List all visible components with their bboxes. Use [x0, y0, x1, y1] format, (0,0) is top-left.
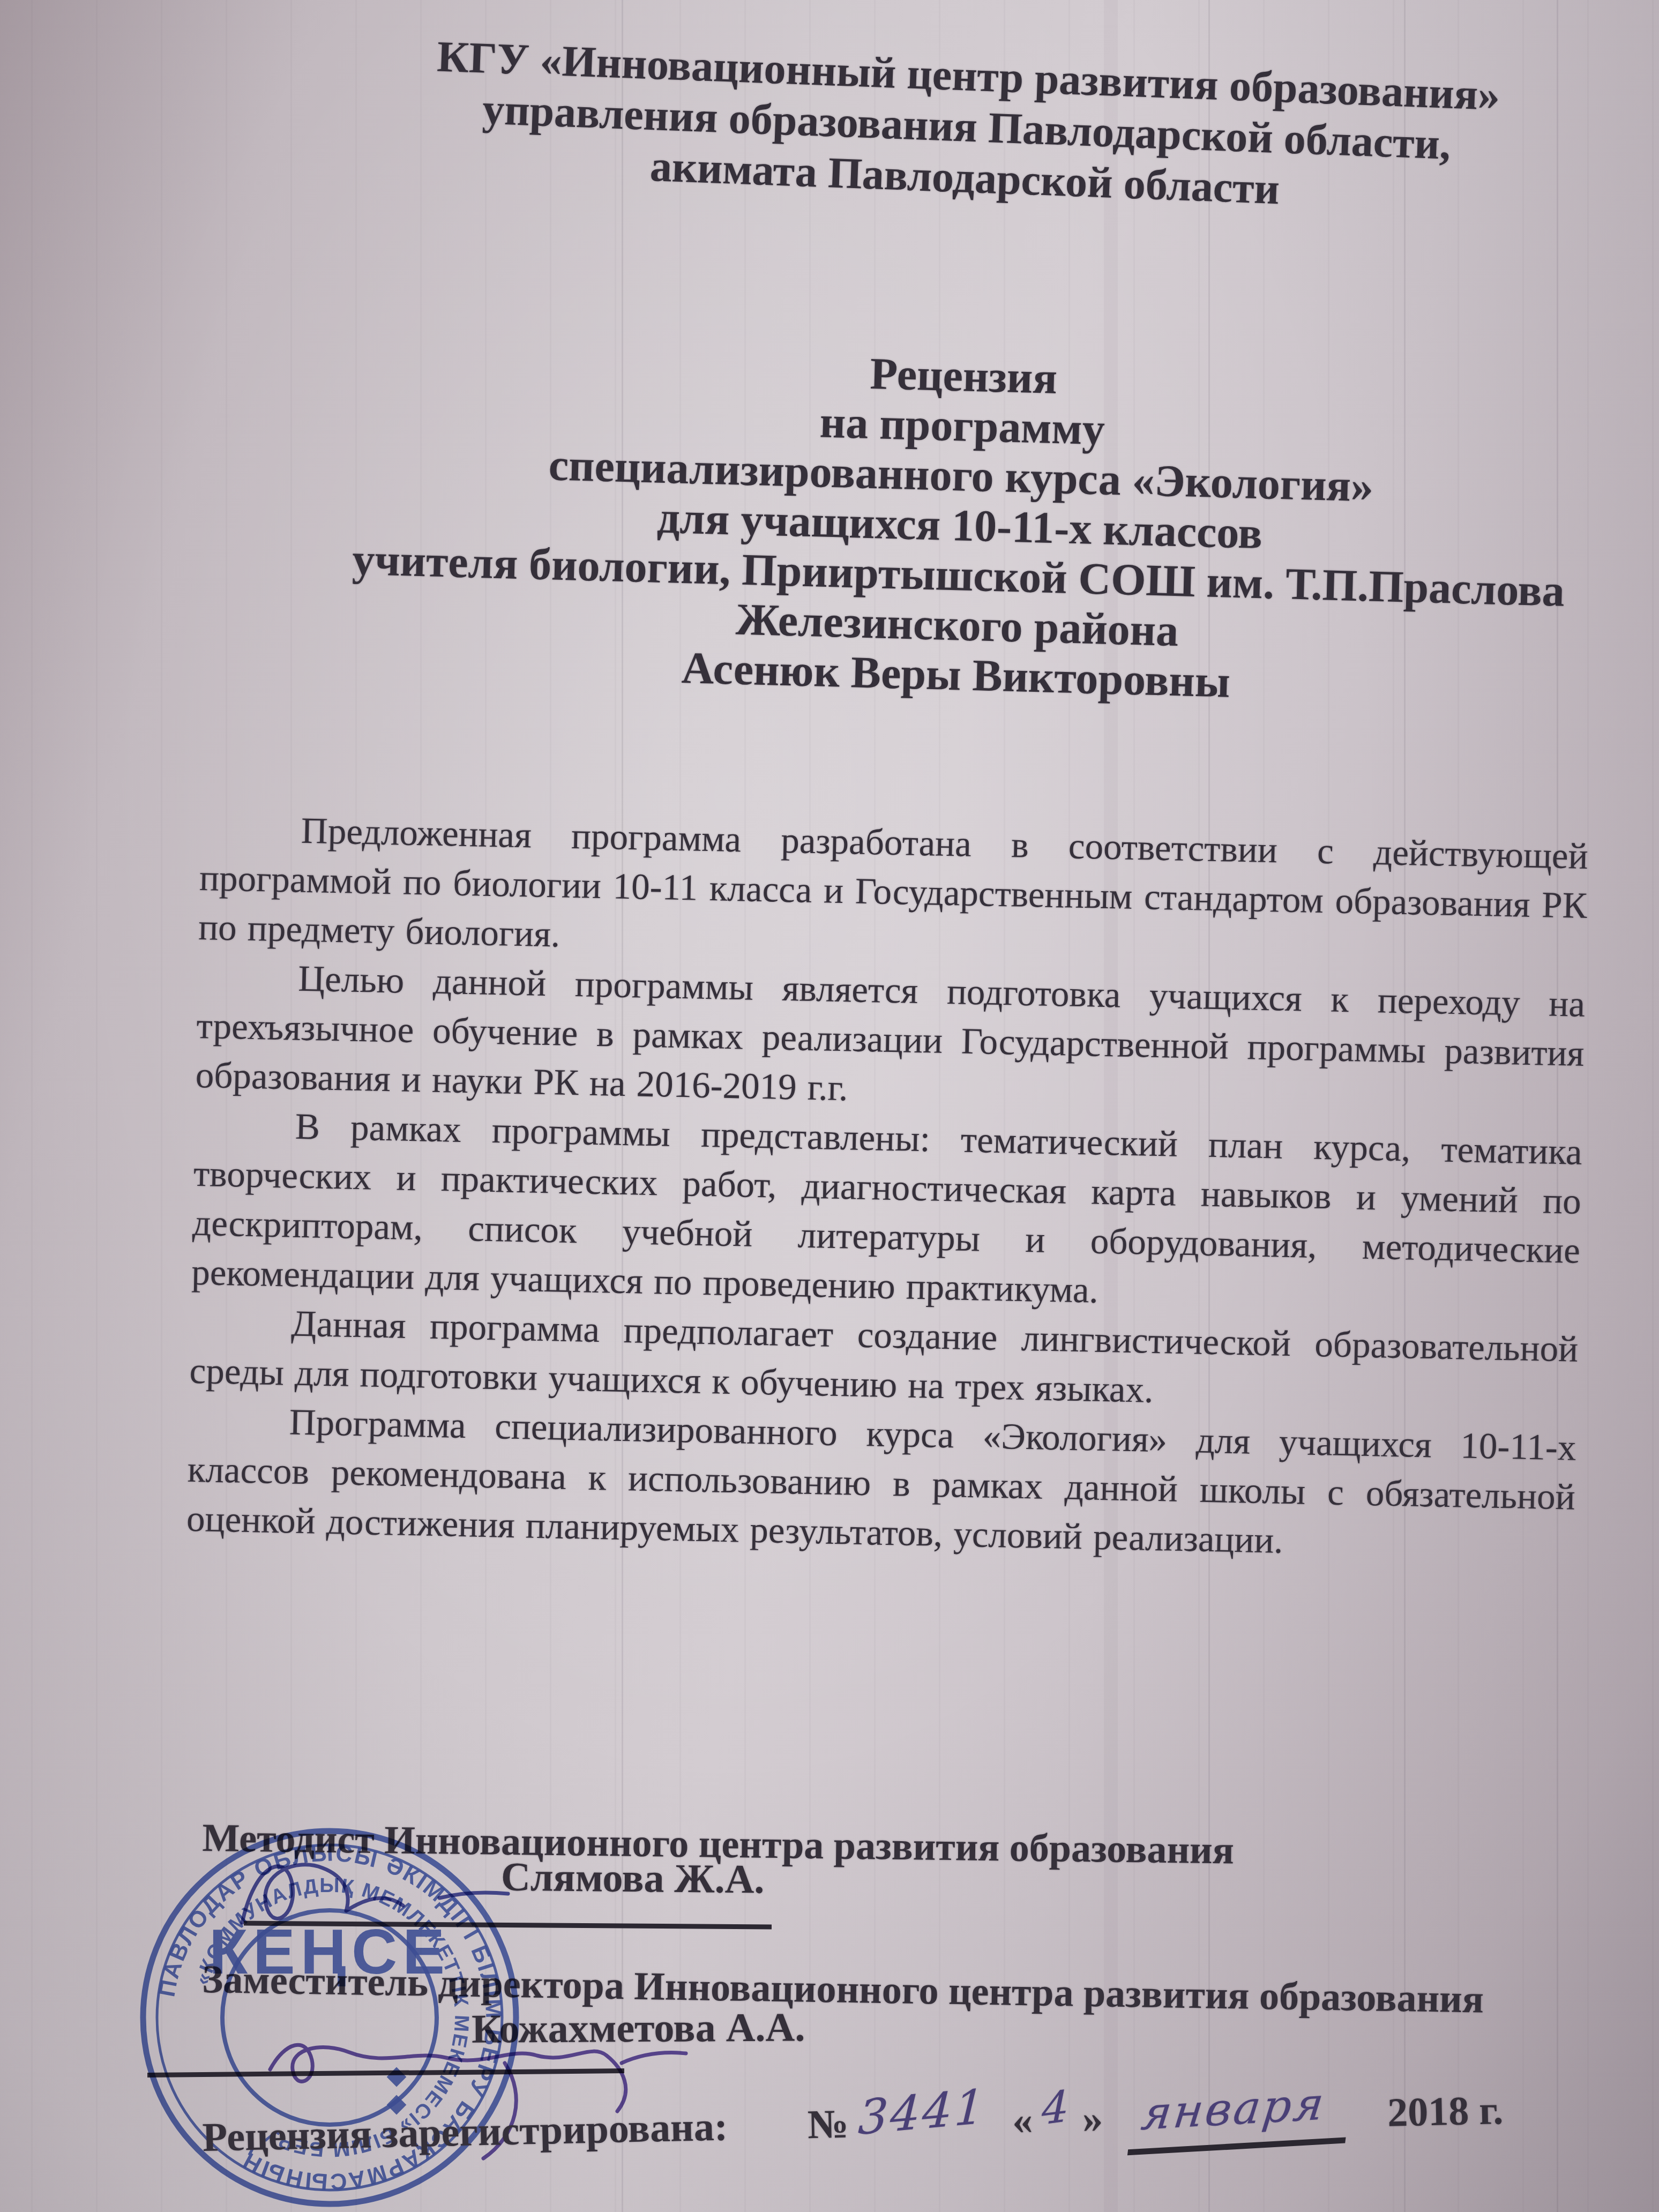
registration-year: 2018 г. — [1387, 2088, 1504, 2135]
registration-month-handwritten: января — [1127, 2076, 1353, 2156]
signature-ink-methodist — [242, 1865, 508, 1923]
paragraph-1: Предложенная программа разработана в соо… — [198, 804, 1588, 980]
registration-number-sign: № — [807, 2102, 849, 2148]
registration-label: Рецензия зарегистрирована: — [202, 2104, 728, 2160]
day-close-quote: » — [1082, 2096, 1103, 2142]
registration-number-handwritten: 3441 — [857, 2079, 988, 2146]
paragraph-2: Целью данной программы является подготов… — [195, 952, 1586, 1127]
registration-day-handwritten: 4 — [1041, 2081, 1071, 2135]
day-open-quote: « — [1012, 2098, 1033, 2143]
body-text: Предложенная программа разработана в соо… — [186, 804, 1588, 1571]
title-block: Рецензия на программу специализированног… — [270, 333, 1650, 718]
paragraph-3: В рамках программы представлены: тематич… — [191, 1100, 1583, 1325]
document-photo: КГУ «Инновационный центр развития образо… — [0, 0, 1659, 2212]
paragraph-5: Программа специализированного курса «Эко… — [186, 1395, 1576, 1571]
